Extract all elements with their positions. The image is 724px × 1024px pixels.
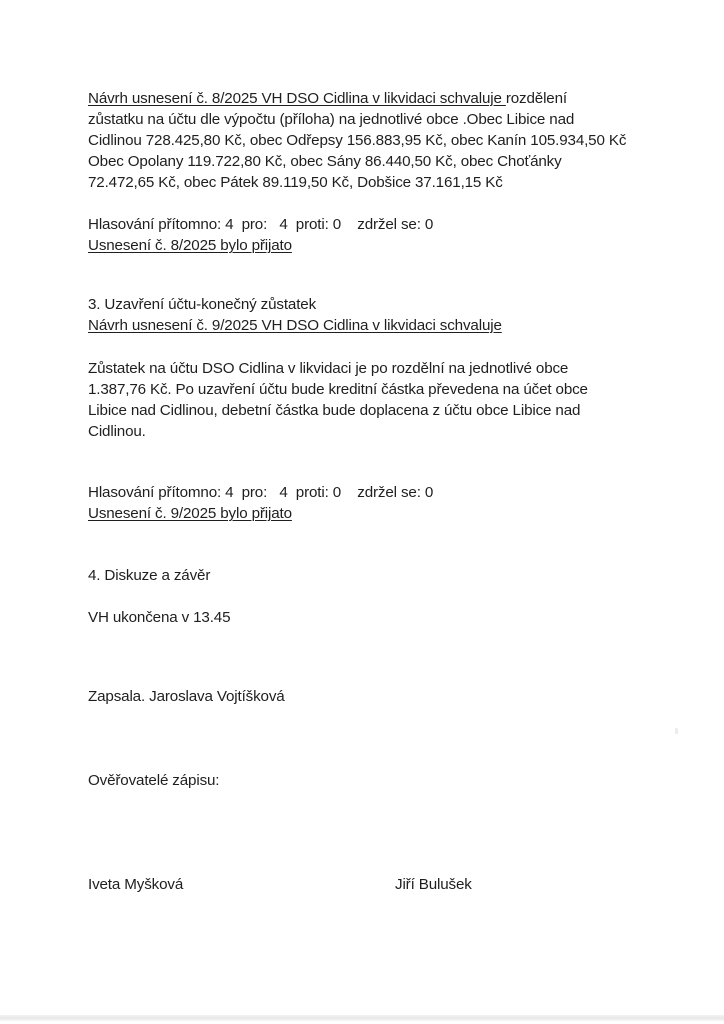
section-3-body-line: Zůstatek na účtu DSO Cidlina v likvidaci… <box>88 358 568 379</box>
section-3-body-line: 1.387,76 Kč. Po uzavření účtu bude kredi… <box>88 379 588 400</box>
scan-bottom-edge <box>0 1015 724 1021</box>
resolution-8-proposal: Návrh usnesení č. 8/2025 VH DSO Cidlina … <box>88 88 567 109</box>
resolution-8-text-line: zůstatku na účtu dle výpočtu (příloha) n… <box>88 109 574 130</box>
resolution-9-vote: Hlasování přítomno: 4 pro: 4 proti: 0 zd… <box>88 482 433 503</box>
section-3-body-line: Libice nad Cidlinou, debetní částka bude… <box>88 400 580 421</box>
section-3-body-line: Cidlinou. <box>88 421 146 442</box>
verifiers-label: Ověřovatelé zápisu: <box>88 770 219 791</box>
verifier-name: Iveta Myšková <box>88 874 183 895</box>
resolution-8-result: Usnesení č. 8/2025 bylo přijato <box>88 235 292 256</box>
meeting-closing: VH ukončena v 13.45 <box>88 607 230 628</box>
section-4-heading: 4. Diskuze a závěr <box>88 565 210 586</box>
resolution-9-proposal: Návrh usnesení č. 9/2025 VH DSO Cidlina … <box>88 315 502 336</box>
resolution-8-text-line: Obec Opolany 119.722,80 Kč, obec Sány 86… <box>88 151 562 172</box>
resolution-8-vote: Hlasování přítomno: 4 pro: 4 proti: 0 zd… <box>88 214 433 235</box>
document-page: Návrh usnesení č. 8/2025 VH DSO Cidlina … <box>0 0 724 1024</box>
resolution-8-text-line: 72.472,65 Kč, obec Pátek 89.119,50 Kč, D… <box>88 172 503 193</box>
resolution-9-result: Usnesení č. 9/2025 bylo přijato <box>88 503 292 524</box>
resolution-8-text-line: Cidlinou 728.425,80 Kč, obec Odřepsy 156… <box>88 130 626 151</box>
verifier-name: Jiří Bulušek <box>395 874 472 895</box>
resolution-8-proposal-underlined: Návrh usnesení č. 8/2025 VH DSO Cidlina … <box>88 90 506 107</box>
resolution-8-proposal-rest: rozdělení <box>506 90 567 107</box>
section-3-heading: 3. Uzavření účtu-konečný zůstatek <box>88 294 316 315</box>
scan-speck <box>675 728 678 734</box>
recorded-by: Zapsala. Jaroslava Vojtíšková <box>88 686 285 707</box>
